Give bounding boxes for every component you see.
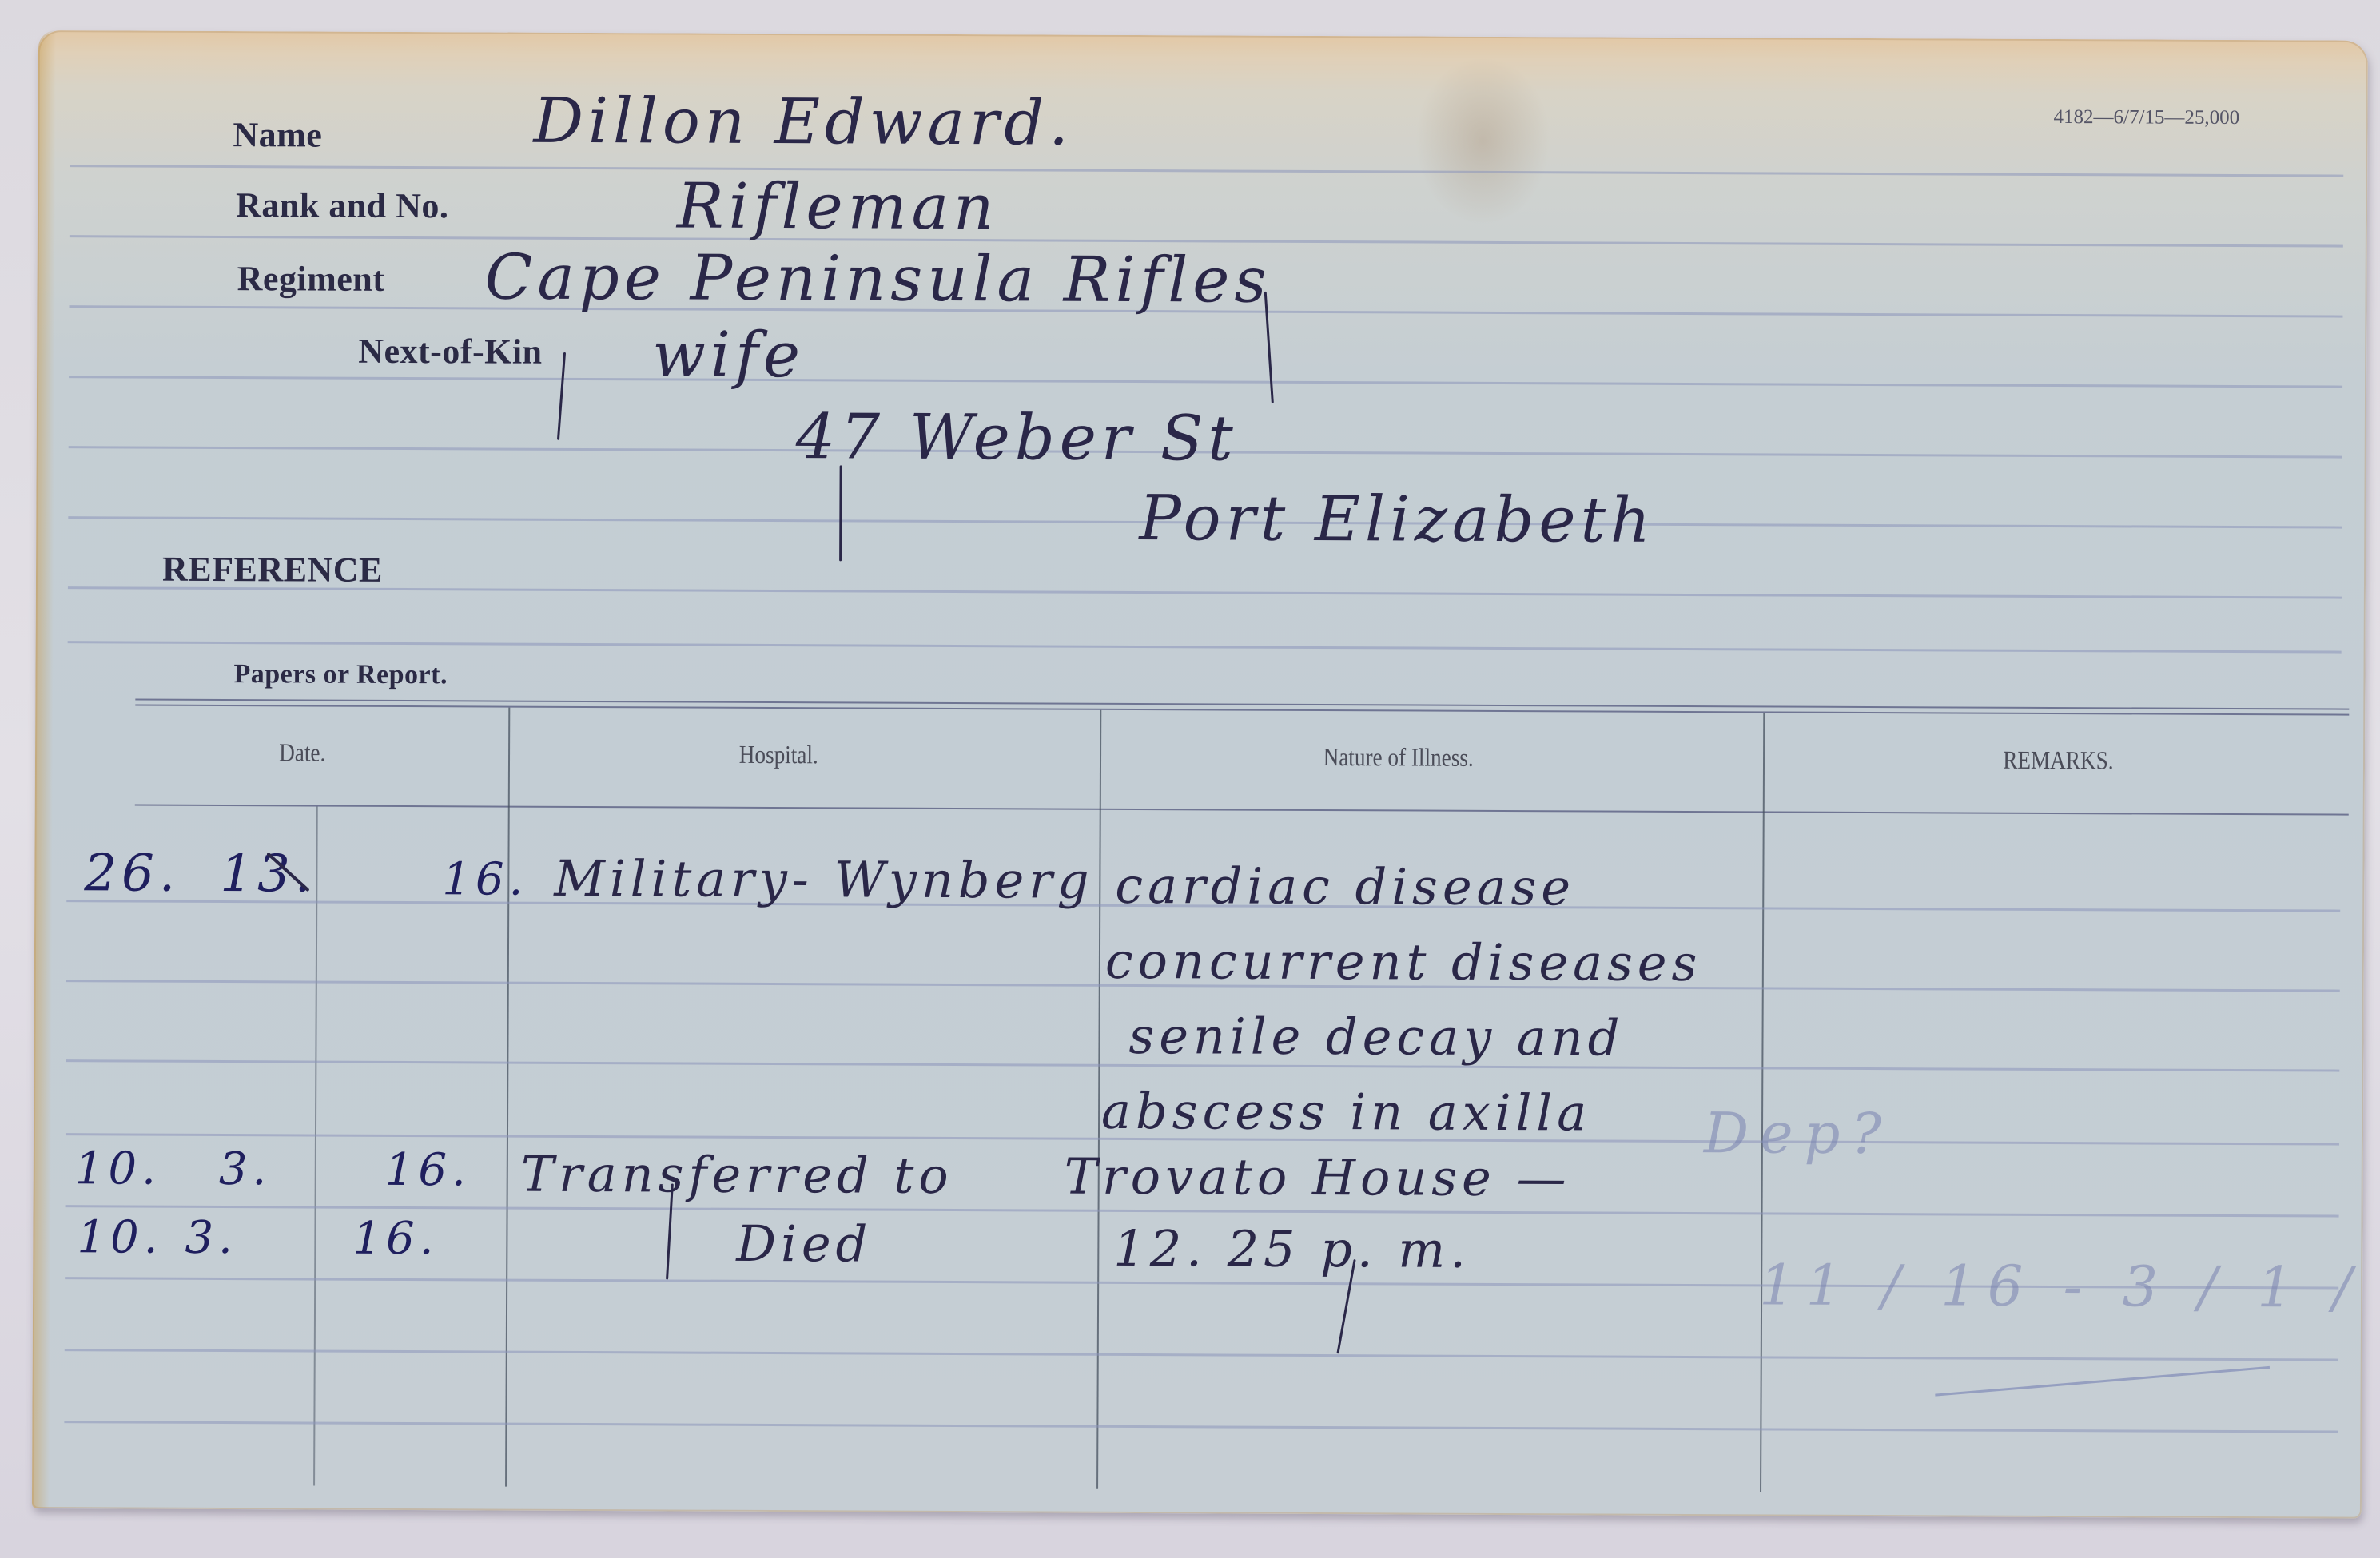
row3-date-month: 3. xyxy=(185,1212,237,1264)
header-nature-of-illness: Nature of Illness. xyxy=(1323,742,1474,773)
table-top-rule xyxy=(135,699,2349,710)
papers-report-label: Papers or Report. xyxy=(233,659,448,690)
index-card: 4182—6/7/15—25,000 Name Rank and No. Reg… xyxy=(32,30,2368,1519)
regiment-entry: Cape Peninsula Rifles xyxy=(484,241,1271,316)
row1-illness-line2: concurrent diseases xyxy=(1105,932,1702,992)
next-of-kin-label: Next-of-Kin xyxy=(358,331,543,372)
row2-illness: Trovato House — xyxy=(1065,1147,1571,1208)
column-divider xyxy=(505,708,510,1487)
header-remarks: REMARKS. xyxy=(2003,745,2113,776)
table-row: 26. 13. 16. Military- Wynberg cardiac di… xyxy=(38,30,2368,41)
address-line2-entry: Port Elizabeth xyxy=(1139,483,1655,557)
row2-hospital: Transferred to xyxy=(521,1145,953,1205)
ruled-line xyxy=(64,1421,2338,1433)
ruled-line xyxy=(70,165,2343,177)
ruled-line xyxy=(65,1349,2338,1361)
row2-date-year: 16. xyxy=(385,1144,471,1196)
row3-hospital: Died xyxy=(736,1214,872,1274)
name-label: Name xyxy=(233,114,322,155)
row1-date-year: 16. xyxy=(442,853,527,905)
table-header-rule xyxy=(135,805,2349,816)
table-row: 10. 3. 16. Transferred to Trovato House … xyxy=(38,30,2368,41)
row3-date-year: 16. xyxy=(352,1213,438,1265)
table-row: 10. 3. 16. Died 12. 25 p. m. xyxy=(38,30,2368,41)
regiment-label: Regiment xyxy=(237,258,385,300)
row2-date-day: 10. xyxy=(75,1143,161,1194)
name-entry: Dillon Edward. xyxy=(533,85,1073,160)
pen-stroke xyxy=(557,352,566,440)
pencil-underline xyxy=(1935,1366,2270,1397)
address-line1-entry: 47 Weber St xyxy=(796,401,1238,475)
date-subdivider xyxy=(313,807,318,1486)
row1-illness-line4: abscess in axilla xyxy=(1101,1082,1591,1143)
ruled-line xyxy=(68,586,2342,598)
table-top-rule xyxy=(135,705,2349,716)
pen-stroke xyxy=(839,465,842,561)
row2-date-month: 3. xyxy=(219,1143,272,1195)
reference-label: REFERENCE xyxy=(162,549,383,590)
rank-entry: Rifleman xyxy=(677,170,999,244)
row1-hospital: Military- Wynberg xyxy=(554,849,1094,910)
header-date: Date. xyxy=(279,737,325,767)
next-of-kin-relation-entry: wife xyxy=(652,319,805,391)
remarks-pencil-note: 11 / 16 - 3 / 1 / 16 xyxy=(1759,1252,2380,1321)
row1-illness-line1: cardiac disease xyxy=(1115,857,1575,917)
header-hospital: Hospital. xyxy=(739,740,818,769)
row3-illness: 12. 25 p. m. xyxy=(1113,1219,1471,1279)
ruled-line xyxy=(69,376,2342,388)
remarks-pencil-note: Dep? xyxy=(1704,1100,1892,1167)
form-number: 4182—6/7/15—25,000 xyxy=(2053,106,2239,129)
row1-date-day: 26. xyxy=(84,844,180,904)
ruled-line xyxy=(68,641,2342,653)
row3-date-day: 10. xyxy=(77,1211,162,1263)
row1-illness-line3: senile decay and xyxy=(1128,1007,1624,1067)
rank-label: Rank and No. xyxy=(236,185,449,226)
